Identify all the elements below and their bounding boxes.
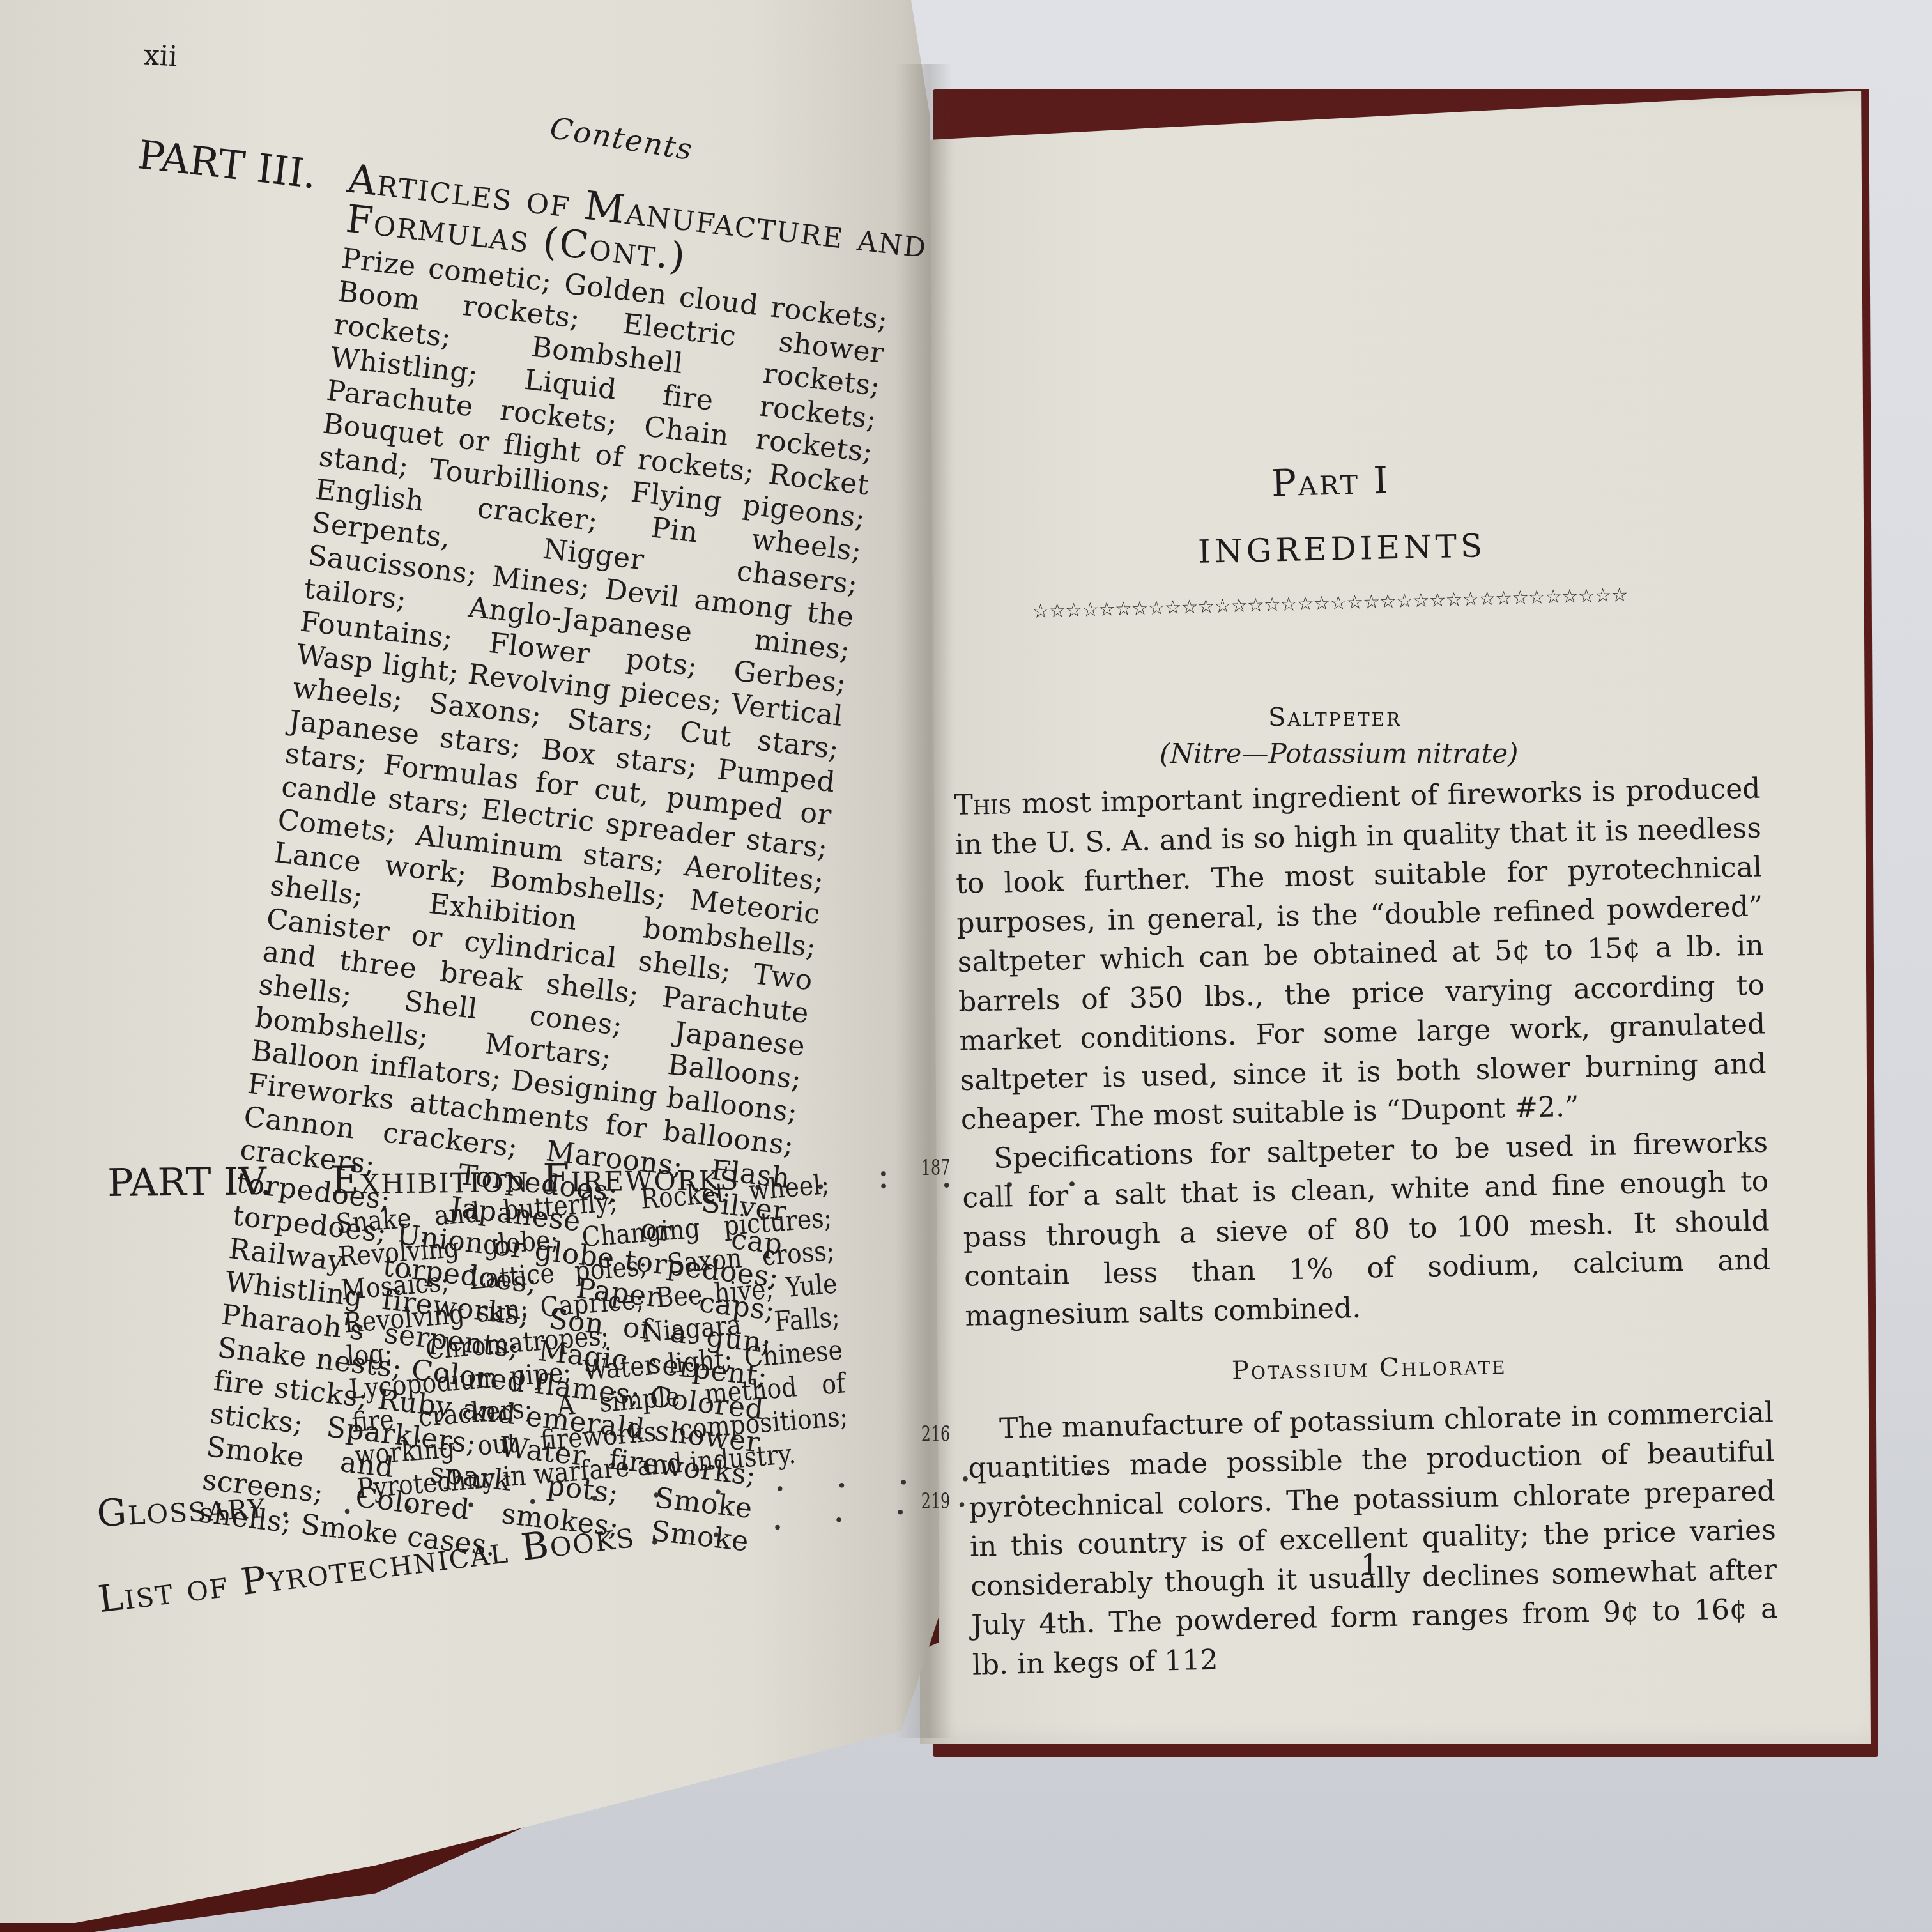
section-subtitle: (Nitre—Potassium nitrate) <box>1160 738 1519 769</box>
paragraph: This most important ingredient of firewo… <box>954 769 1767 1140</box>
open-book-photo: xii Contents PART III.Articles of Manufa… <box>0 0 1932 1932</box>
body-text: This most important ingredient of firewo… <box>954 769 1779 1685</box>
section-title-potassium-chlorate: Potassium Chlorate <box>966 1340 1773 1397</box>
lead-word: This <box>954 788 1012 822</box>
glossary-title: Glossary <box>96 1483 267 1535</box>
page-ref: 187 <box>921 1155 950 1181</box>
paragraph: The manufacture of potassium chlorate in… <box>967 1393 1779 1685</box>
section-title-saltpeter: Saltpeter <box>1268 703 1402 732</box>
page-number: 1 <box>1361 1549 1379 1582</box>
paragraph-text: most important ingredient of fireworks i… <box>954 772 1767 1136</box>
toc-part-4-items: Snake and butterfly; Rocket wheel; Revol… <box>335 1168 852 1506</box>
page-ref: 216 <box>921 1422 950 1447</box>
part-number: PART IV. <box>107 1160 332 1204</box>
paragraph: Specifications for saltpeter to be used … <box>962 1123 1772 1336</box>
part-subtitle: INGREDIENTS <box>1197 527 1486 570</box>
part-title: Part I <box>1271 459 1390 505</box>
page-folio: xii <box>143 39 179 73</box>
